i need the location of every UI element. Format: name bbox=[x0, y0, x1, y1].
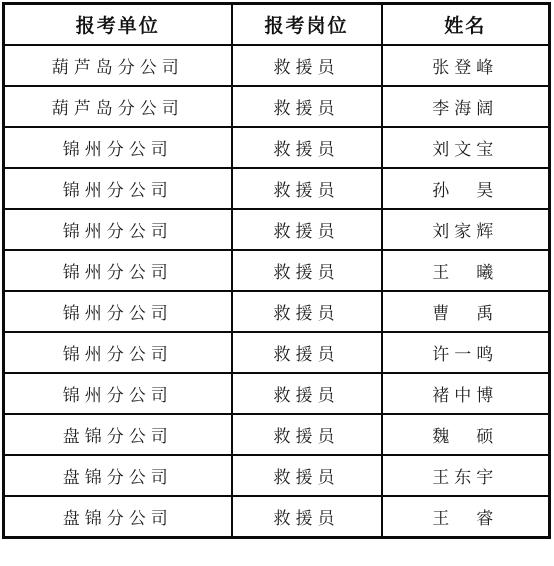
name-cell: 王 曦 bbox=[382, 250, 550, 291]
table-row: 葫芦岛分公司 救援员 张登峰 bbox=[4, 45, 550, 86]
unit-cell: 盘锦分公司 bbox=[4, 455, 232, 496]
applicants-table: 报考单位 报考岗位 姓名 葫芦岛分公司 救援员 张登峰 葫芦岛分公司 救援员 李… bbox=[2, 2, 551, 539]
document-page: 报考单位 报考岗位 姓名 葫芦岛分公司 救援员 张登峰 葫芦岛分公司 救援员 李… bbox=[0, 0, 554, 566]
unit-cell: 葫芦岛分公司 bbox=[4, 86, 232, 127]
position-cell: 救援员 bbox=[232, 45, 382, 86]
position-cell: 救援员 bbox=[232, 414, 382, 455]
name-cell: 魏 硕 bbox=[382, 414, 550, 455]
name-cell: 李海阔 bbox=[382, 86, 550, 127]
name-cell: 张登峰 bbox=[382, 45, 550, 86]
table-row: 锦州分公司 救援员 刘文宝 bbox=[4, 127, 550, 168]
table-row: 锦州分公司 救援员 刘家辉 bbox=[4, 209, 550, 250]
name-cell: 王 睿 bbox=[382, 496, 550, 538]
position-cell: 救援员 bbox=[232, 209, 382, 250]
unit-cell: 锦州分公司 bbox=[4, 168, 232, 209]
unit-cell: 锦州分公司 bbox=[4, 373, 232, 414]
name-cell: 曹 禹 bbox=[382, 291, 550, 332]
unit-cell: 锦州分公司 bbox=[4, 209, 232, 250]
header-position: 报考岗位 bbox=[232, 4, 382, 46]
position-cell: 救援员 bbox=[232, 250, 382, 291]
table-row: 锦州分公司 救援员 孙 昊 bbox=[4, 168, 550, 209]
position-cell: 救援员 bbox=[232, 373, 382, 414]
position-cell: 救援员 bbox=[232, 496, 382, 538]
unit-cell: 锦州分公司 bbox=[4, 291, 232, 332]
table-row: 锦州分公司 救援员 许一鸣 bbox=[4, 332, 550, 373]
table-row: 锦州分公司 救援员 王 曦 bbox=[4, 250, 550, 291]
header-name: 姓名 bbox=[382, 4, 550, 46]
table-row: 盘锦分公司 救援员 王东宇 bbox=[4, 455, 550, 496]
header-unit: 报考单位 bbox=[4, 4, 232, 46]
name-cell: 褚中博 bbox=[382, 373, 550, 414]
table-row: 盘锦分公司 救援员 王 睿 bbox=[4, 496, 550, 538]
unit-cell: 盘锦分公司 bbox=[4, 496, 232, 538]
position-cell: 救援员 bbox=[232, 455, 382, 496]
name-cell: 刘家辉 bbox=[382, 209, 550, 250]
position-cell: 救援员 bbox=[232, 86, 382, 127]
position-cell: 救援员 bbox=[232, 127, 382, 168]
table-row: 盘锦分公司 救援员 魏 硕 bbox=[4, 414, 550, 455]
table-row: 锦州分公司 救援员 曹 禹 bbox=[4, 291, 550, 332]
name-cell: 王东宇 bbox=[382, 455, 550, 496]
unit-cell: 锦州分公司 bbox=[4, 332, 232, 373]
header-row: 报考单位 报考岗位 姓名 bbox=[4, 4, 550, 46]
position-cell: 救援员 bbox=[232, 168, 382, 209]
table-row: 葫芦岛分公司 救援员 李海阔 bbox=[4, 86, 550, 127]
table-header: 报考单位 报考岗位 姓名 bbox=[4, 4, 550, 46]
table-row: 锦州分公司 救援员 褚中博 bbox=[4, 373, 550, 414]
name-cell: 孙 昊 bbox=[382, 168, 550, 209]
unit-cell: 盘锦分公司 bbox=[4, 414, 232, 455]
position-cell: 救援员 bbox=[232, 332, 382, 373]
name-cell: 刘文宝 bbox=[382, 127, 550, 168]
unit-cell: 葫芦岛分公司 bbox=[4, 45, 232, 86]
table-body: 葫芦岛分公司 救援员 张登峰 葫芦岛分公司 救援员 李海阔 锦州分公司 救援员 … bbox=[4, 45, 550, 538]
unit-cell: 锦州分公司 bbox=[4, 250, 232, 291]
unit-cell: 锦州分公司 bbox=[4, 127, 232, 168]
name-cell: 许一鸣 bbox=[382, 332, 550, 373]
position-cell: 救援员 bbox=[232, 291, 382, 332]
